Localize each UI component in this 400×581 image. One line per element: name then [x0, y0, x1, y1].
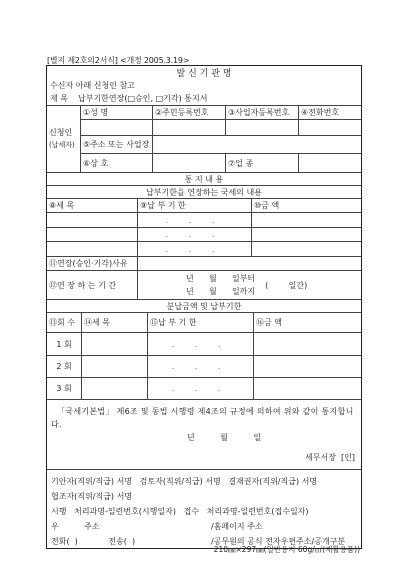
trade-name-field[interactable] [152, 154, 225, 172]
signer: 세무서장 [인] [305, 452, 355, 463]
amount-cell[interactable] [251, 242, 361, 256]
period-days: ( 일간) [265, 280, 307, 291]
amount-header: ⑩금 액 [251, 199, 361, 212]
installment-due-date-header: ⑮납 부 기 한 [147, 313, 253, 332]
installment-due-date-cell[interactable]: . . . [147, 378, 253, 399]
phone-field[interactable] [298, 120, 361, 135]
installment-tax-item-cell[interactable] [81, 356, 147, 377]
tax-item-header: ⑧세 목 [47, 199, 137, 212]
due-date-cell[interactable]: . . . [137, 228, 251, 241]
amount-cell[interactable] [251, 228, 361, 241]
extended-tax-row: . . . [47, 228, 361, 242]
legal-text: 「국세기본법」 제6조 및 동법 시행령 제4조의 규정에 의하여 위와 같이 … [47, 400, 361, 431]
address-field[interactable] [152, 136, 361, 153]
tax-item-cell[interactable] [47, 242, 137, 256]
recipient-text: 수신자 아래 신청인 참고 [47, 79, 361, 92]
installment-header-row: ⑬회 수 ⑭세 목 ⑮납 부 기 한 ⑯금 액 [47, 313, 361, 333]
recipient-row: 수신자 아래 신청인 참고 [47, 79, 361, 92]
period-field[interactable]: 년 월 일부터 년 월 일까지 ( 일간) [137, 271, 361, 299]
installment-tax-item-cell[interactable] [81, 378, 147, 399]
installment-row: 2 회 . . . [47, 356, 361, 378]
installment-due-date-cell[interactable]: . . . [147, 356, 253, 377]
extended-tax-row: . . . [47, 213, 361, 228]
reason-row: ⑪연장(승인·기각)사유 [47, 257, 361, 271]
reason-label: ⑪연장(승인·기각)사유 [47, 257, 137, 270]
installment-amount-cell[interactable] [253, 378, 361, 399]
installment-due-date-cell[interactable]: . . . [147, 333, 253, 355]
due-date-cell[interactable]: . . . [137, 242, 251, 256]
installment-tax-item-cell[interactable] [81, 333, 147, 355]
phone-label: ④전화번호 [298, 106, 361, 119]
installment-amount-cell[interactable] [253, 356, 361, 377]
reason-field[interactable] [137, 257, 361, 270]
notice-form: 발 신 기 관 명 수신자 아래 신청인 참고 제 목 납부기한연장(□승인, … [46, 65, 362, 549]
postal-address: 우 주소 [51, 522, 100, 531]
installment-title: 분납금액 및 납부기한 [47, 300, 361, 312]
address-label: ⑤주소 또는 사업장 [80, 136, 152, 153]
approval-line-3: 시행 처리과명-일련번호(시행일자) 접수 처리과명-일련번호(접수일자) [51, 504, 357, 519]
due-date-header: ⑨납 부 기 한 [137, 199, 251, 212]
name-field[interactable] [80, 120, 152, 135]
installment-row: 1 회 . . . [47, 333, 361, 356]
installment-title-row: 분납금액 및 납부기한 [47, 300, 361, 313]
business-type-label: ⑦업 종 [225, 154, 298, 172]
subject-label: 제 목 [50, 93, 68, 104]
tax-item-cell[interactable] [47, 213, 137, 227]
sender-org: 발 신 기 관 명 [47, 66, 361, 79]
applicant-block: 신청인 (납세자) ①성 명 ②주민등록번호 ③사업자등록번호 ④전화번호 ⑤주… [47, 106, 361, 173]
applicant-value-row [80, 120, 361, 136]
approval-line-2: 협조자(직위/직급) 서명 [51, 489, 357, 504]
period-row: ⑫연 장 하 는 기 간 년 월 일부터 년 월 일까지 ( 일간) [47, 271, 361, 300]
tax-item-cell[interactable] [47, 228, 137, 241]
round-cell: 3 회 [47, 378, 81, 399]
applicant-header-row: ①성 명 ②주민등록번호 ③사업자등록번호 ④전화번호 [80, 106, 361, 120]
period-from: 년 월 일부터 [186, 272, 255, 285]
paper-spec: 210㎜×297㎜(일반용지 60g/㎡(재활용품)) [214, 544, 360, 555]
extended-tax-title: 납부기한을 연장하는 국세의 내용 [47, 186, 361, 198]
round-header: ⑬회 수 [47, 313, 81, 332]
installment-row: 3 회 . . . [47, 378, 361, 400]
business-no-field[interactable] [225, 120, 298, 135]
extended-tax-header-row: ⑧세 목 ⑨납 부 기 한 ⑩금 액 [47, 199, 361, 213]
extended-tax-row: . . . [47, 242, 361, 257]
phone-fax: 전화( ) 전송( ) [51, 537, 135, 546]
notice-content-title: 통 지 내 용 [47, 173, 361, 185]
applicant-label: 신청인 (납세자) [47, 106, 80, 172]
installment-amount-cell[interactable] [253, 333, 361, 355]
approval-line-1: 기안자(직위/직급) 서명 검토자(직위/직급) 서명 결재권자(직위/직급) … [51, 474, 357, 489]
resident-no-label: ②주민등록번호 [152, 106, 225, 119]
round-cell: 1 회 [47, 333, 81, 355]
date-line: 년 월 일 [187, 432, 261, 443]
extended-tax-title-row: 납부기한을 연장하는 국세의 내용 [47, 186, 361, 199]
installment-tax-item-header: ⑭세 목 [81, 313, 147, 332]
trade-row: ⑥상 호 ⑦업 종 [80, 154, 361, 172]
installment-amount-header: ⑯금 액 [253, 313, 361, 332]
address-row: ⑤주소 또는 사업장 [80, 136, 361, 154]
resident-no-field[interactable] [152, 120, 225, 135]
sender-org-row: 발 신 기 관 명 [47, 66, 361, 79]
notice-content-row: 통 지 내 용 [47, 173, 361, 186]
period-label: ⑫연 장 하 는 기 간 [47, 271, 137, 299]
due-date-cell[interactable]: . . . [137, 213, 251, 227]
round-cell: 2 회 [47, 356, 81, 377]
legal-block: 「국세기본법」 제6조 및 동법 시행령 제4조의 규정에 의하여 위와 같이 … [47, 400, 361, 470]
period-to: 년 월 일까지 [186, 285, 255, 298]
trade-name-label: ⑥상 호 [80, 154, 152, 172]
subject-value: 납부기한연장(□승인, □기각) 통지서 [78, 93, 207, 104]
homepage-address: /홈페이지 주소 [211, 519, 263, 534]
business-no-label: ③사업자등록번호 [225, 106, 298, 119]
subject-row: 제 목 납부기한연장(□승인, □기각) 통지서 [47, 92, 361, 106]
name-label: ①성 명 [80, 106, 152, 119]
amount-cell[interactable] [251, 213, 361, 227]
business-type-field[interactable] [298, 154, 361, 172]
approval-block: 기안자(직위/직급) 서명 검토자(직위/직급) 서명 결재권자(직위/직급) … [47, 470, 361, 548]
